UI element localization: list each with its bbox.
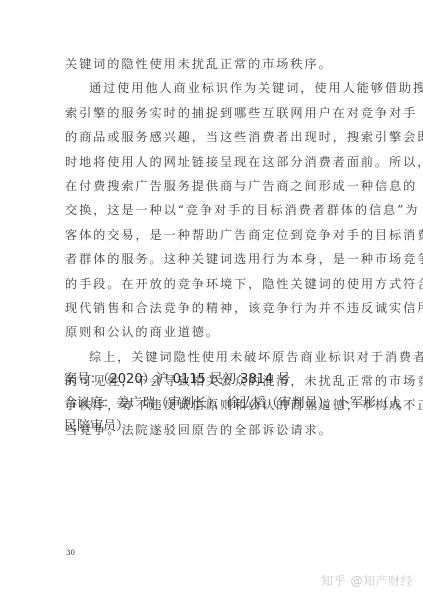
text-line: 的手段。在开放的竞争环境下，隐性关键词的使用方式符合 (65, 272, 361, 296)
text-line: 索引擎的服务实时的捕捉到哪些互联网用户在对竞争对手 (65, 101, 361, 125)
page-number: 30 (66, 549, 75, 557)
text-line: 客体的交易，是一种帮助广告商定位到竞争对手的目标消费 (65, 223, 361, 247)
text-line: 通过使用他人商业标识作为关键词，使用人能够借助搜 (65, 76, 361, 100)
text-line: 在付费搜索广告服务提供商与广告商之间形成一种信息的 (65, 174, 361, 198)
collegiate-panel: 合议庭：姜广瑞（审判长）、徐弘韬（审判员）、卜军彤（人 (64, 392, 364, 416)
text-line: 关键词的隐性使用未扰乱正常的市场秩序。 (65, 52, 361, 76)
text-line: 交换，这是一种以“竞争对手的目标消费者群体的信息”为 (65, 198, 361, 222)
document-page: 关键词的隐性使用未扰乱正常的市场秩序。 通过使用他人商业标识作为关键词，使用人能… (0, 0, 423, 600)
case-info: 案号：（2020）沪 0115 民初 3814 号 合议庭：姜广瑞（审判长）、徐… (64, 368, 364, 439)
text-line: 者群体的服务。这种关键词选用行为本身，是一种市场竞争 (65, 247, 361, 271)
text-line: 原则和公认的商业道德。 (65, 320, 361, 344)
case-number: 案号：（2020）沪 0115 民初 3814 号 (64, 368, 364, 392)
text-line: 时地将使用人的网址链接呈现在这部分消费者面前。所以， (65, 150, 361, 174)
text-line: 综上，关键词隐性使用未破坏原告商业标识对于消费者 (65, 345, 361, 369)
text-line: 的商品或服务感兴趣，当这些消费者出现时，搜索引擎会即 (65, 125, 361, 149)
watermark: 知乎 @知产财经 (321, 572, 413, 589)
text-line: 现代销售和合法竞争的精神，该竞争行为并不违反诚实信用 (65, 296, 361, 320)
collegiate-panel-continued: 民陪审员） (64, 415, 364, 439)
